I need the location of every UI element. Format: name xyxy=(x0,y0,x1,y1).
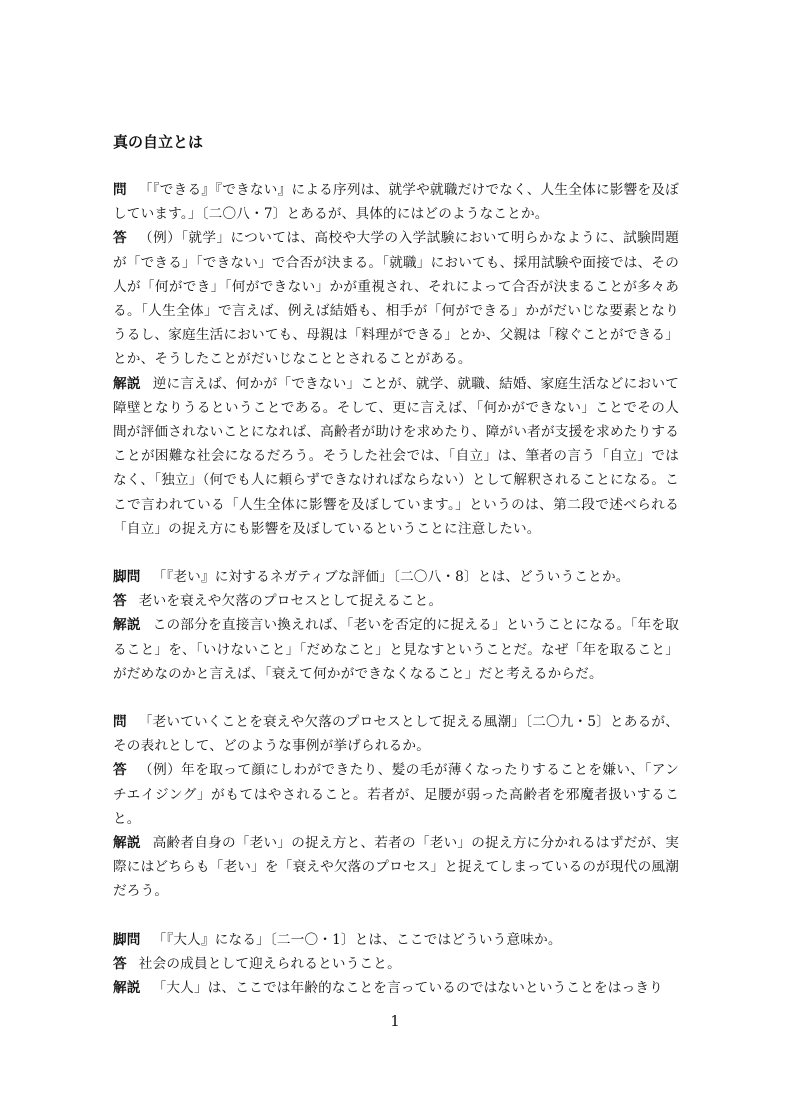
item-text: （例）年を取って顔にしわができたり、髪の毛が薄くなったりすることを嫌い、「アンチ… xyxy=(113,762,679,826)
item-text: 「老いていくことを衰えや欠落のプロセスとして捉える風潮」〔二〇九・5〕とあるが、… xyxy=(113,714,679,754)
qa-section-1: 問「『できる』『できない』による序列は、就学や就職だけでなく、人生全体に影響を及… xyxy=(113,178,679,541)
commentary-item: 解説高齢者自身の「老い」の捉え方と、若者の「老い」の捉え方に分かれるはずだが、実… xyxy=(113,831,679,904)
item-text: 老いを衰えや欠落のプロセスとして捉えること。 xyxy=(139,593,442,609)
commentary-item: 解説この部分を直接言い換えれば、「老いを否定的に捉える」ということになる。「年を… xyxy=(113,613,679,686)
item-text: 高齢者自身の「老い」の捉え方と、若者の「老い」の捉え方に分かれるはずだが、実際に… xyxy=(113,835,679,899)
item-text: 社会の成員として迎えられるということ。 xyxy=(139,956,401,972)
page-number: 1 xyxy=(0,1012,790,1030)
qa-section-3: 問「老いていくことを衰えや欠落のプロセスとして捉える風潮」〔二〇九・5〕とあるが… xyxy=(113,710,679,904)
item-text: 「『老い』に対するネガティブな評価」〔二〇八・8〕とは、どういうことか。 xyxy=(153,569,630,585)
qa-section-4: 脚問「『大人』になる」〔二一〇・1〕とは、ここではどういう意味か。 答社会の成員… xyxy=(113,928,679,1001)
item-text: （例）「就学」については、高校や大学の入学試験において明らかなように、試験問題が… xyxy=(113,230,679,367)
item-text: 「『できる』『できない』による序列は、就学や就職だけでなく、人生全体に影響を及ぼ… xyxy=(113,182,679,222)
item-label: 脚問 xyxy=(113,932,141,948)
item-text: 逆に言えば、何かが「できない」ことが、就学、就職、結婚、家庭生活などにおいて障壁… xyxy=(113,376,679,537)
commentary-item: 解説逆に言えば、何かが「できない」ことが、就学、就職、結婚、家庭生活などにおいて… xyxy=(113,372,679,541)
item-label: 答 xyxy=(113,762,127,778)
item-label: 解説 xyxy=(113,617,141,633)
item-text: 「大人」は、ここでは年齢的なことを言っているのではないということをはっきり xyxy=(153,980,663,996)
qa-section-2: 脚問「『老い』に対するネガティブな評価」〔二〇八・8〕とは、どういうことか。 答… xyxy=(113,565,679,686)
item-text: この部分を直接言い換えれば、「老いを否定的に捉える」ということになる。「年を取る… xyxy=(113,617,679,681)
question-item: 問「『できる』『できない』による序列は、就学や就職だけでなく、人生全体に影響を及… xyxy=(113,178,679,226)
item-label: 答 xyxy=(113,956,127,972)
answer-item: 答老いを衰えや欠落のプロセスとして捉えること。 xyxy=(113,589,679,613)
item-label: 答 xyxy=(113,593,127,609)
item-label: 脚問 xyxy=(113,569,141,585)
item-label: 解説 xyxy=(113,980,141,996)
answer-item: 答（例）年を取って顔にしわができたり、髪の毛が薄くなったりすることを嫌い、「アン… xyxy=(113,758,679,831)
item-label: 答 xyxy=(113,230,127,246)
question-item: 問「老いていくことを衰えや欠落のプロセスとして捉える風潮」〔二〇九・5〕とあるが… xyxy=(113,710,679,758)
item-label: 解説 xyxy=(113,376,141,392)
document-title: 真の自立とは xyxy=(113,130,679,154)
item-label: 問 xyxy=(113,714,127,730)
document-page: 真の自立とは 問「『できる』『できない』による序列は、就学や就職だけでなく、人生… xyxy=(113,130,679,1024)
answer-item: 答社会の成員として迎えられるということ。 xyxy=(113,952,679,976)
question-item: 脚問「『大人』になる」〔二一〇・1〕とは、ここではどういう意味か。 xyxy=(113,928,679,952)
item-text: 「『大人』になる」〔二一〇・1〕とは、ここではどういう意味か。 xyxy=(153,932,562,948)
item-label: 問 xyxy=(113,182,127,198)
answer-item: 答（例）「就学」については、高校や大学の入学試験において明らかなように、試験問題… xyxy=(113,226,679,371)
item-label: 解説 xyxy=(113,835,141,851)
commentary-item: 解説「大人」は、ここでは年齢的なことを言っているのではないということをはっきり xyxy=(113,976,679,1000)
question-item: 脚問「『老い』に対するネガティブな評価」〔二〇八・8〕とは、どういうことか。 xyxy=(113,565,679,589)
